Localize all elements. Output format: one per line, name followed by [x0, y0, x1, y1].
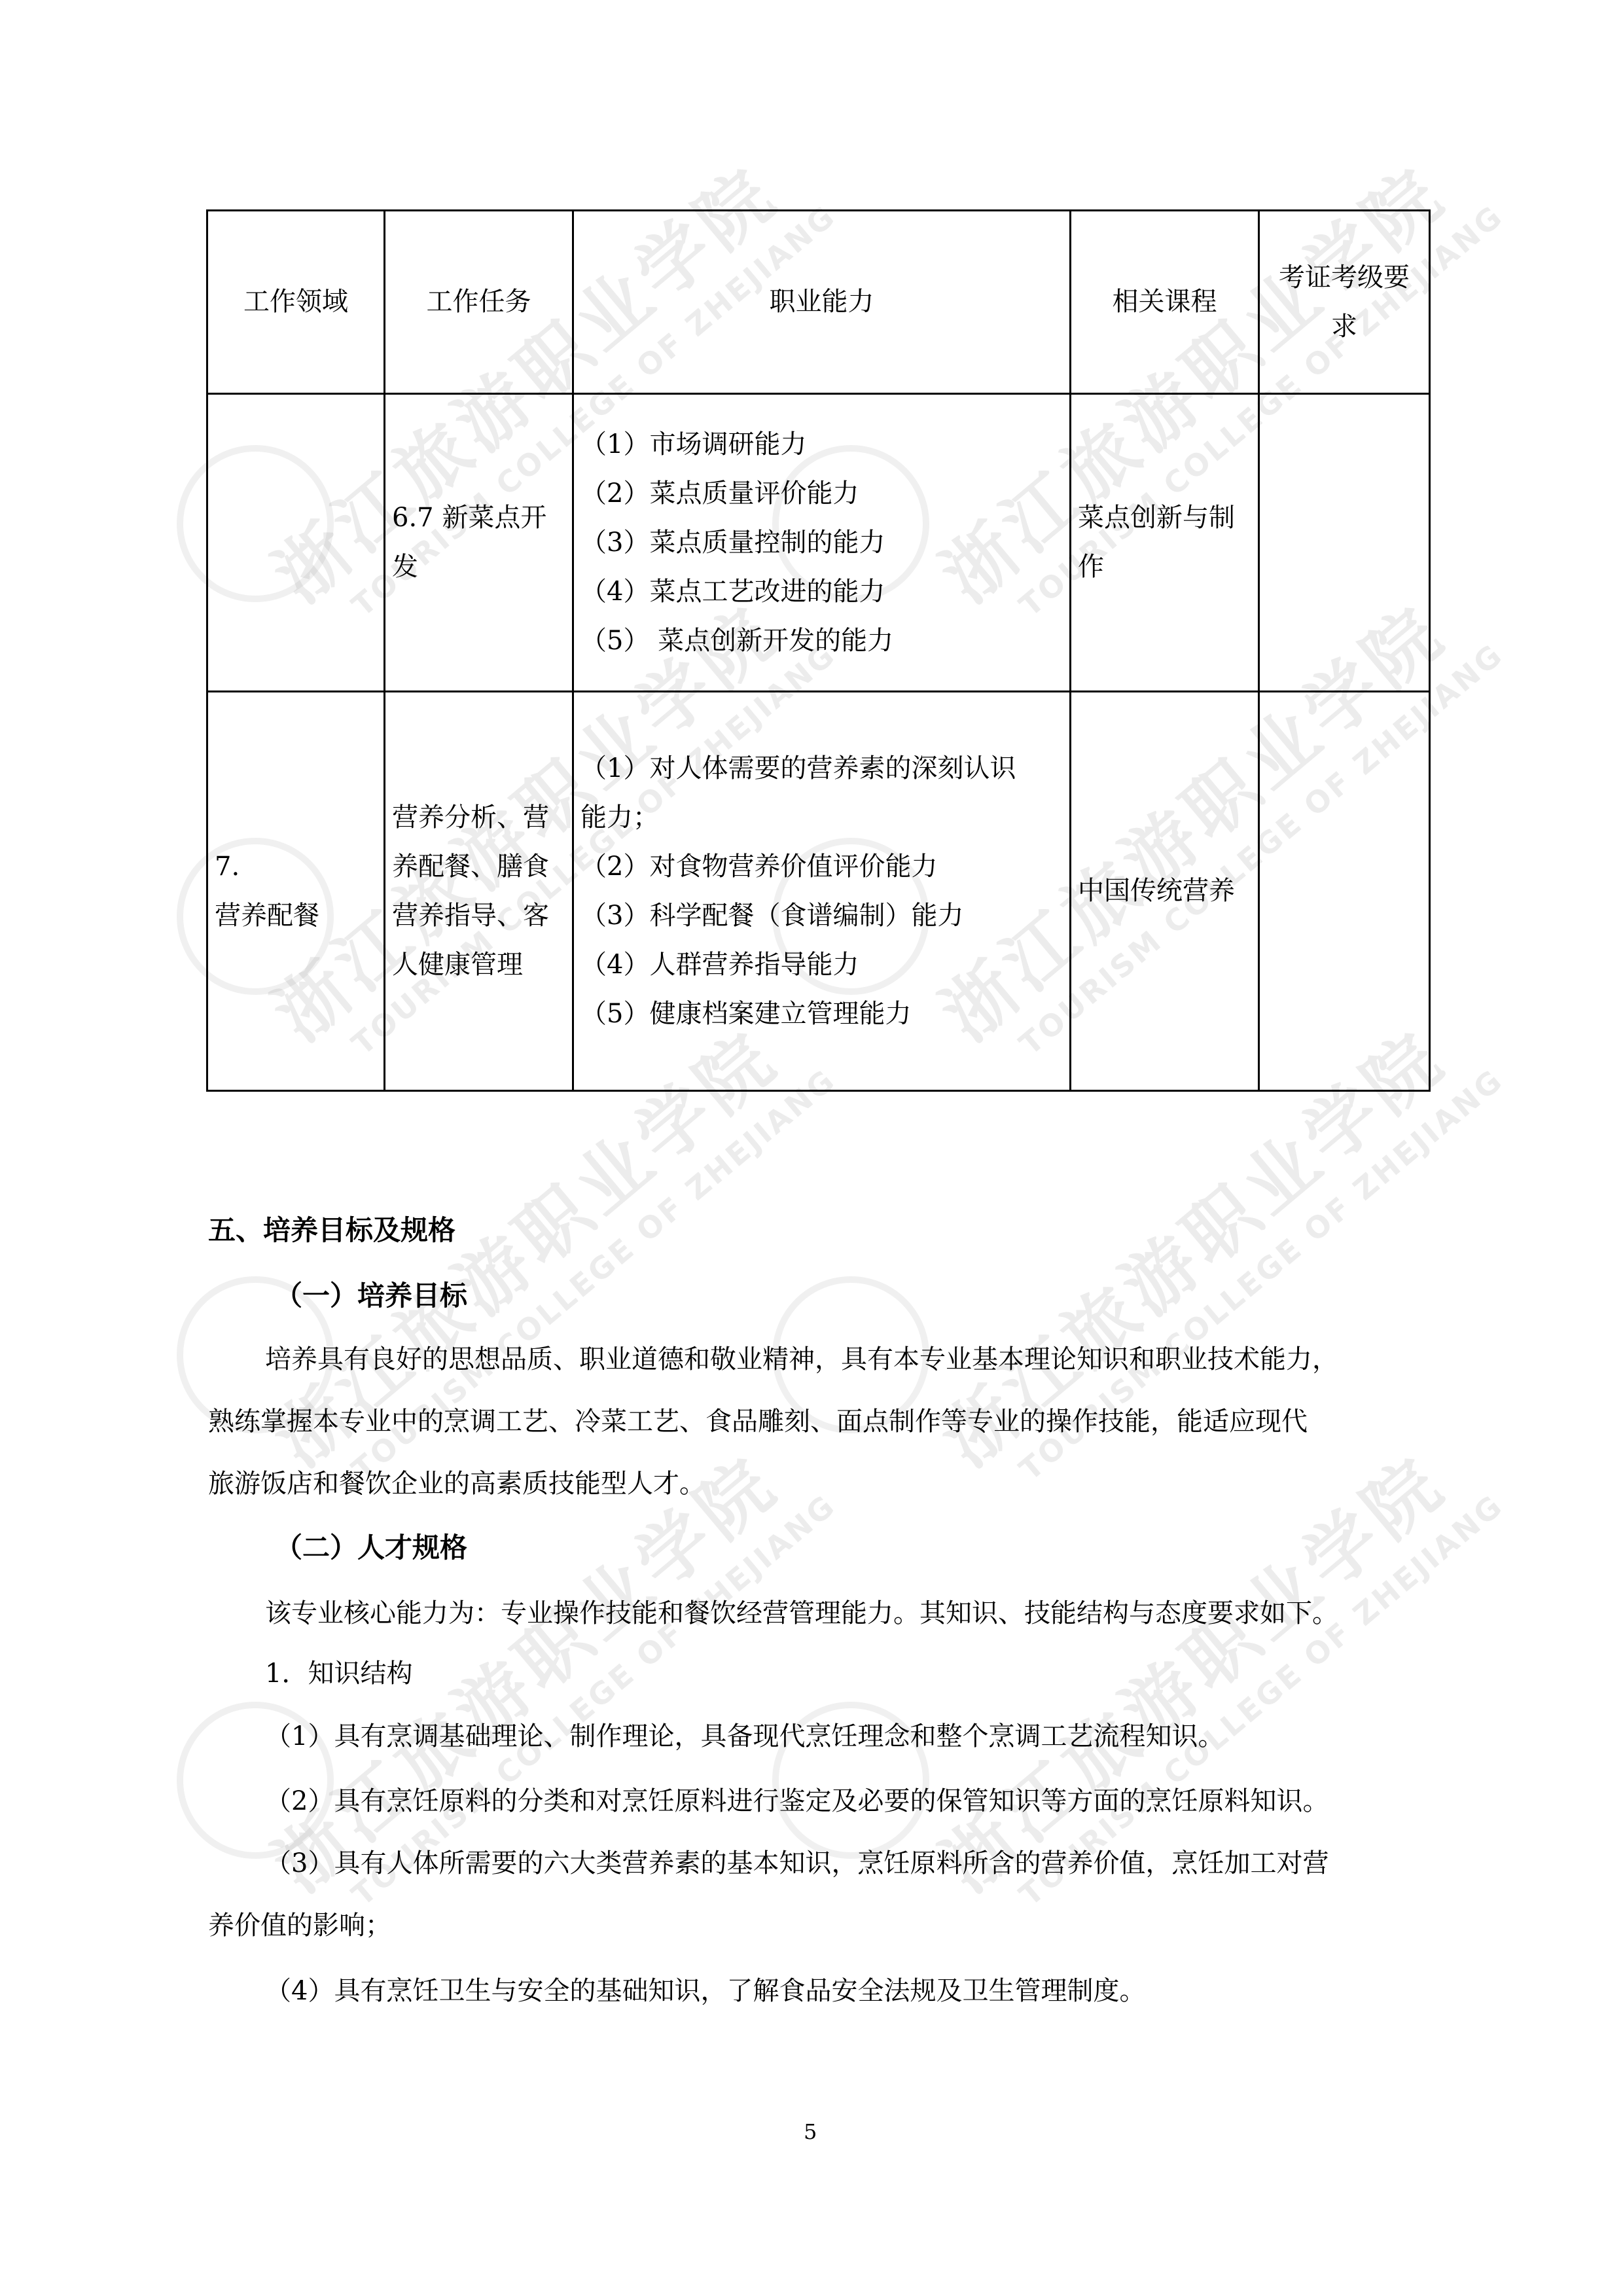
- page-number: 5: [804, 2115, 817, 2148]
- subsection-title-goals: （一）培养目标: [275, 1280, 467, 1312]
- goals-paragraph-line: 旅游饭店和餐饮企业的高素质技能型人才。: [208, 1467, 705, 1500]
- cell-work-task: 营养分析、营 养配餐、膳食 营养指导、客 人健康管理: [385, 692, 573, 1091]
- cell-work-task: 6.7 新菜点开 发: [385, 394, 573, 692]
- cell-work-domain: 7. 营养配餐: [207, 692, 385, 1091]
- competency-table: 工作领域 工作任务 职业能力 相关课程 考证考级要 求 6.7 新菜点开 发 （…: [206, 209, 1431, 1092]
- cell-abilities: （1）对人体需要的营养素的深刻认识 能力； （2）对食物营养价值评价能力 （3）…: [573, 692, 1071, 1091]
- cell-work-domain: [207, 394, 385, 692]
- cell-certification: [1259, 394, 1430, 692]
- cell-abilities: （1）市场调研能力 （2）菜点质量评价能力 （3）菜点质量控制的能力 （4）菜点…: [573, 394, 1071, 692]
- knowledge-structure-title: 1．知识结构: [265, 1657, 412, 1690]
- header-courses: 相关课程: [1071, 211, 1259, 394]
- goals-paragraph-line: 熟练掌握本专业中的烹调工艺、冷菜工艺、食品雕刻、面点制作等专业的操作技能，能适应…: [208, 1405, 1308, 1438]
- knowledge-item: （4）具有烹饪卫生与安全的基础知识，了解食品安全法规及卫生管理制度。: [265, 1975, 1145, 2007]
- header-work-task: 工作任务: [385, 211, 573, 394]
- header-abilities: 职业能力: [573, 211, 1071, 394]
- header-certification: 考证考级要 求: [1259, 211, 1430, 394]
- knowledge-item: （1）具有烹调基础理论、制作理论，具备现代烹饪理念和整个烹调工艺流程知识。: [265, 1720, 1224, 1753]
- table-header-row: 工作领域 工作任务 职业能力 相关课程 考证考级要 求: [207, 211, 1430, 394]
- goals-paragraph-line: 培养具有良好的思想品质、职业道德和敬业精神，具有本专业基本理论知识和职业技术能力…: [265, 1343, 1338, 1376]
- header-work-domain: 工作领域: [207, 211, 385, 394]
- knowledge-item-cont: 养价值的影响；: [208, 1909, 391, 1942]
- knowledge-item: （3）具有人体所需要的六大类营养素的基本知识，烹饪原料所含的营养价值，烹饪加工对…: [265, 1847, 1329, 1880]
- knowledge-item: （2）具有烹饪原料的分类和对烹饪原料进行鉴定及必要的保管知识等方面的烹饪原料知识…: [265, 1785, 1329, 1818]
- section-title: 五、培养目标及规格: [208, 1214, 455, 1247]
- cell-certification: [1259, 692, 1430, 1091]
- subsection-title-specs: （二）人才规格: [275, 1532, 467, 1564]
- table-row: 7. 营养配餐 营养分析、营 养配餐、膳食 营养指导、客 人健康管理 （1）对人…: [207, 692, 1430, 1091]
- table-row: 6.7 新菜点开 发 （1）市场调研能力 （2）菜点质量评价能力 （3）菜点质量…: [207, 394, 1430, 692]
- cell-courses: 中国传统营养: [1071, 692, 1259, 1091]
- specs-paragraph: 该专业核心能力为：专业操作技能和餐饮经营管理能力。其知识、技能结构与态度要求如下…: [265, 1597, 1338, 1630]
- cell-courses: 菜点创新与制 作: [1071, 394, 1259, 692]
